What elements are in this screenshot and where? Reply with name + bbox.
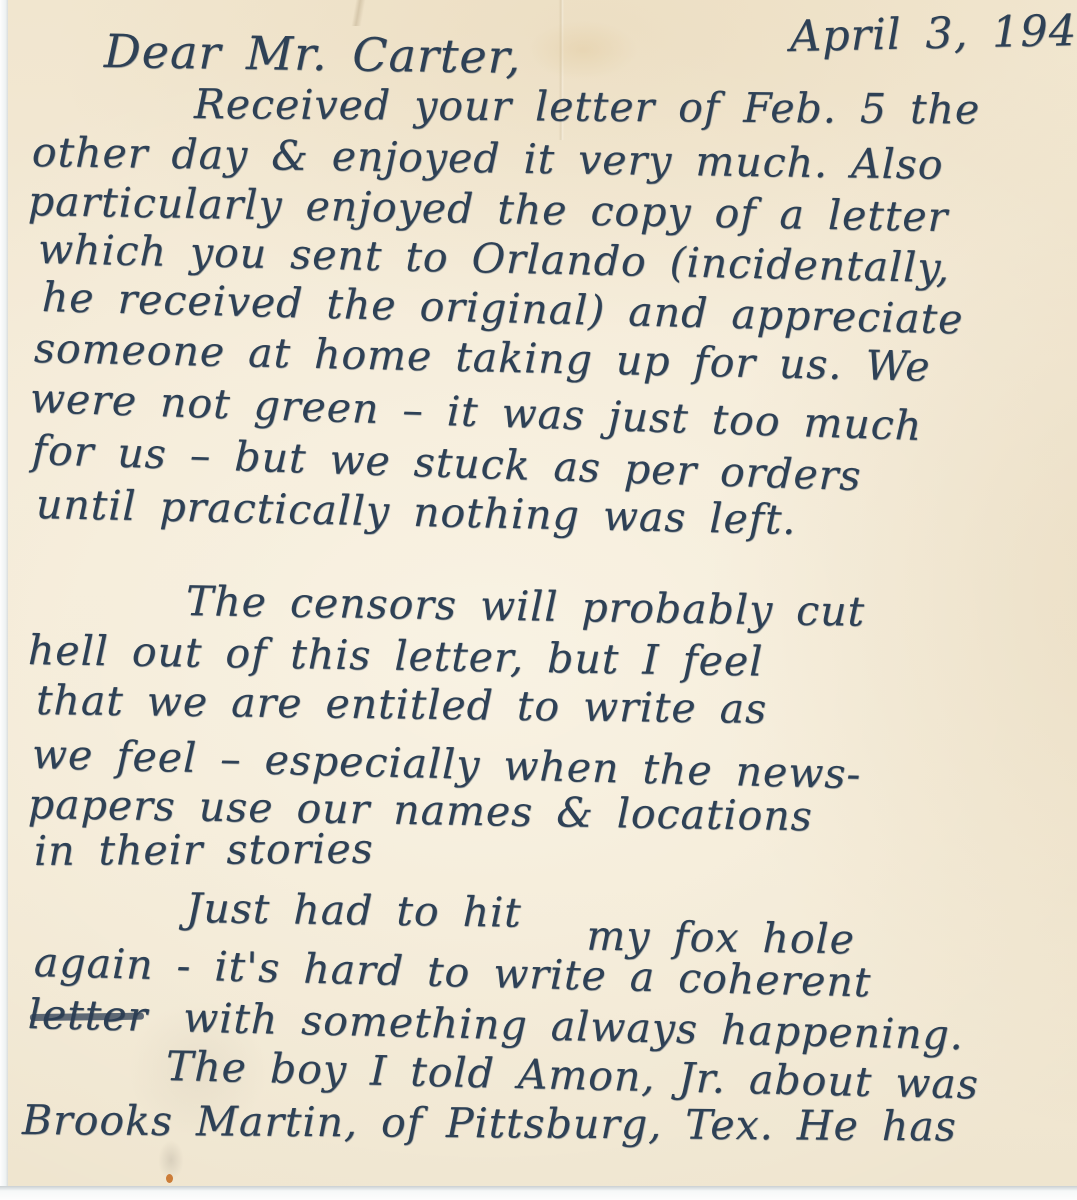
- scanned-letter: April 3, 1943 Dear Mr. Carter, Received …: [0, 0, 1077, 1200]
- letter-line: that we are entitled to write as: [36, 676, 768, 733]
- letter-line-text: Just had to hit: [186, 884, 522, 937]
- letter-line: The censors will probably cut: [186, 577, 866, 636]
- letter-line: Just had to hit my fox hole: [186, 884, 856, 941]
- paper-speck: [166, 1174, 173, 1183]
- scan-margin-left: [0, 0, 8, 1186]
- letter-line: Brooks Martin, of Pittsburg, Tex. He has: [22, 1096, 957, 1151]
- letter-line: Received your letter of Feb. 5 the: [194, 80, 981, 133]
- scan-margin-bottom: [0, 1186, 1077, 1200]
- letter-line: in their stories: [34, 825, 374, 875]
- letter-salutation: Dear Mr. Carter,: [104, 24, 522, 84]
- paper-stain: [528, 20, 638, 80]
- letter-paper: April 3, 1943 Dear Mr. Carter, Received …: [8, 0, 1077, 1186]
- letter-date: April 3, 1943: [789, 5, 1077, 62]
- fold-crease: [338, 0, 378, 26]
- corrected-word: letter: [27, 990, 148, 1041]
